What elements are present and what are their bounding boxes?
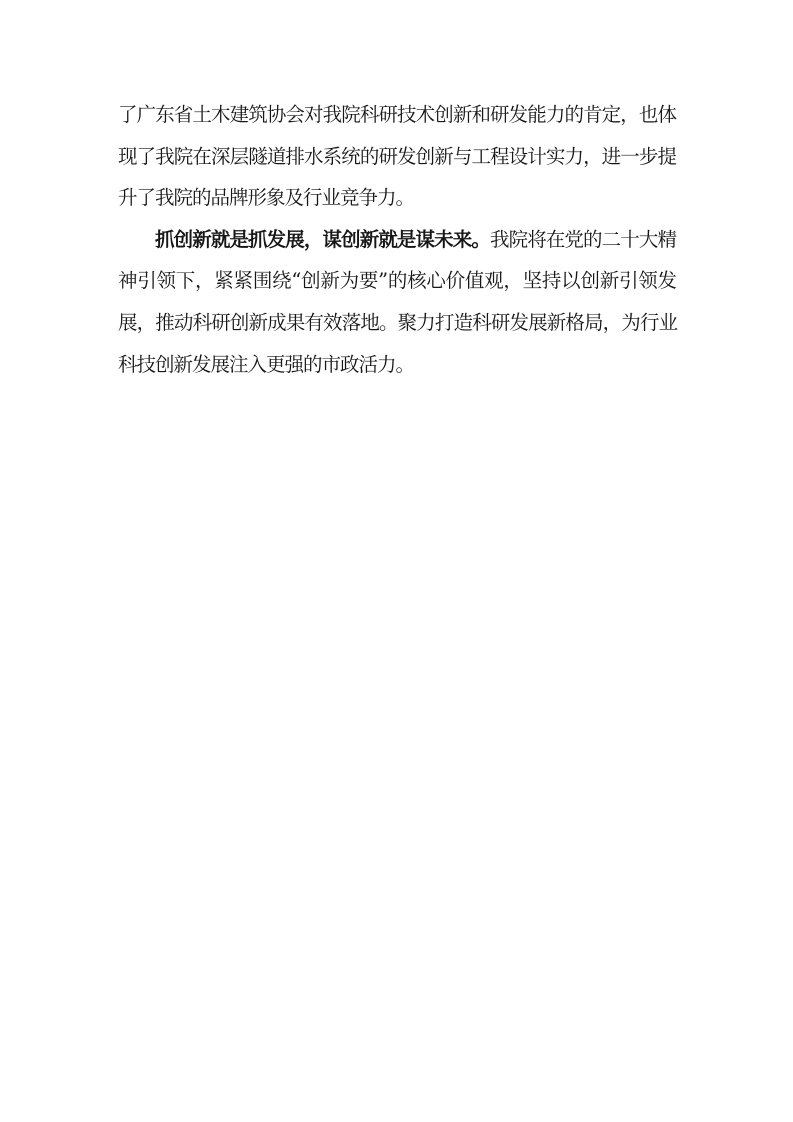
text-line: 了广东省土木建筑协会对我院科研技术创新和研发能力的肯定，也体 bbox=[118, 94, 676, 136]
paragraph-1: 了广东省土木建筑协会对我院科研技术创新和研发能力的肯定，也体 现了我院在深层隧道… bbox=[118, 94, 676, 219]
bold-emphasis-text: 抓创新就是抓发展，谋创新就是谋未来。 bbox=[155, 228, 490, 251]
paragraph-2: 抓创新就是抓发展，谋创新就是谋未来。我院将在党的二十大精 神引领下，紧紧围绕“创… bbox=[118, 219, 676, 385]
text-line: 展，推动科研创新成果有效落地。聚力打造科研发展新格局，为行业 bbox=[118, 302, 676, 344]
text-line: 升了我院的品牌形象及行业竞争力。 bbox=[118, 177, 676, 219]
text-line: 科技创新发展注入更强的市政活力。 bbox=[118, 344, 676, 386]
document-body: 了广东省土木建筑协会对我院科研技术创新和研发能力的肯定，也体 现了我院在深层隧道… bbox=[118, 94, 676, 385]
text-line: 神引领下，紧紧围绕“创新为要”的核心价值观，坚持以创新引领发 bbox=[118, 260, 676, 302]
text-segment: 我院将在党的二十大精 bbox=[490, 228, 676, 251]
document-page: 了广东省土木建筑协会对我院科研技术创新和研发能力的肯定，也体 现了我院在深层隧道… bbox=[0, 0, 793, 1122]
text-line: 抓创新就是抓发展，谋创新就是谋未来。我院将在党的二十大精 bbox=[118, 219, 676, 261]
text-line: 现了我院在深层隧道排水系统的研发创新与工程设计实力，进一步提 bbox=[118, 136, 676, 178]
